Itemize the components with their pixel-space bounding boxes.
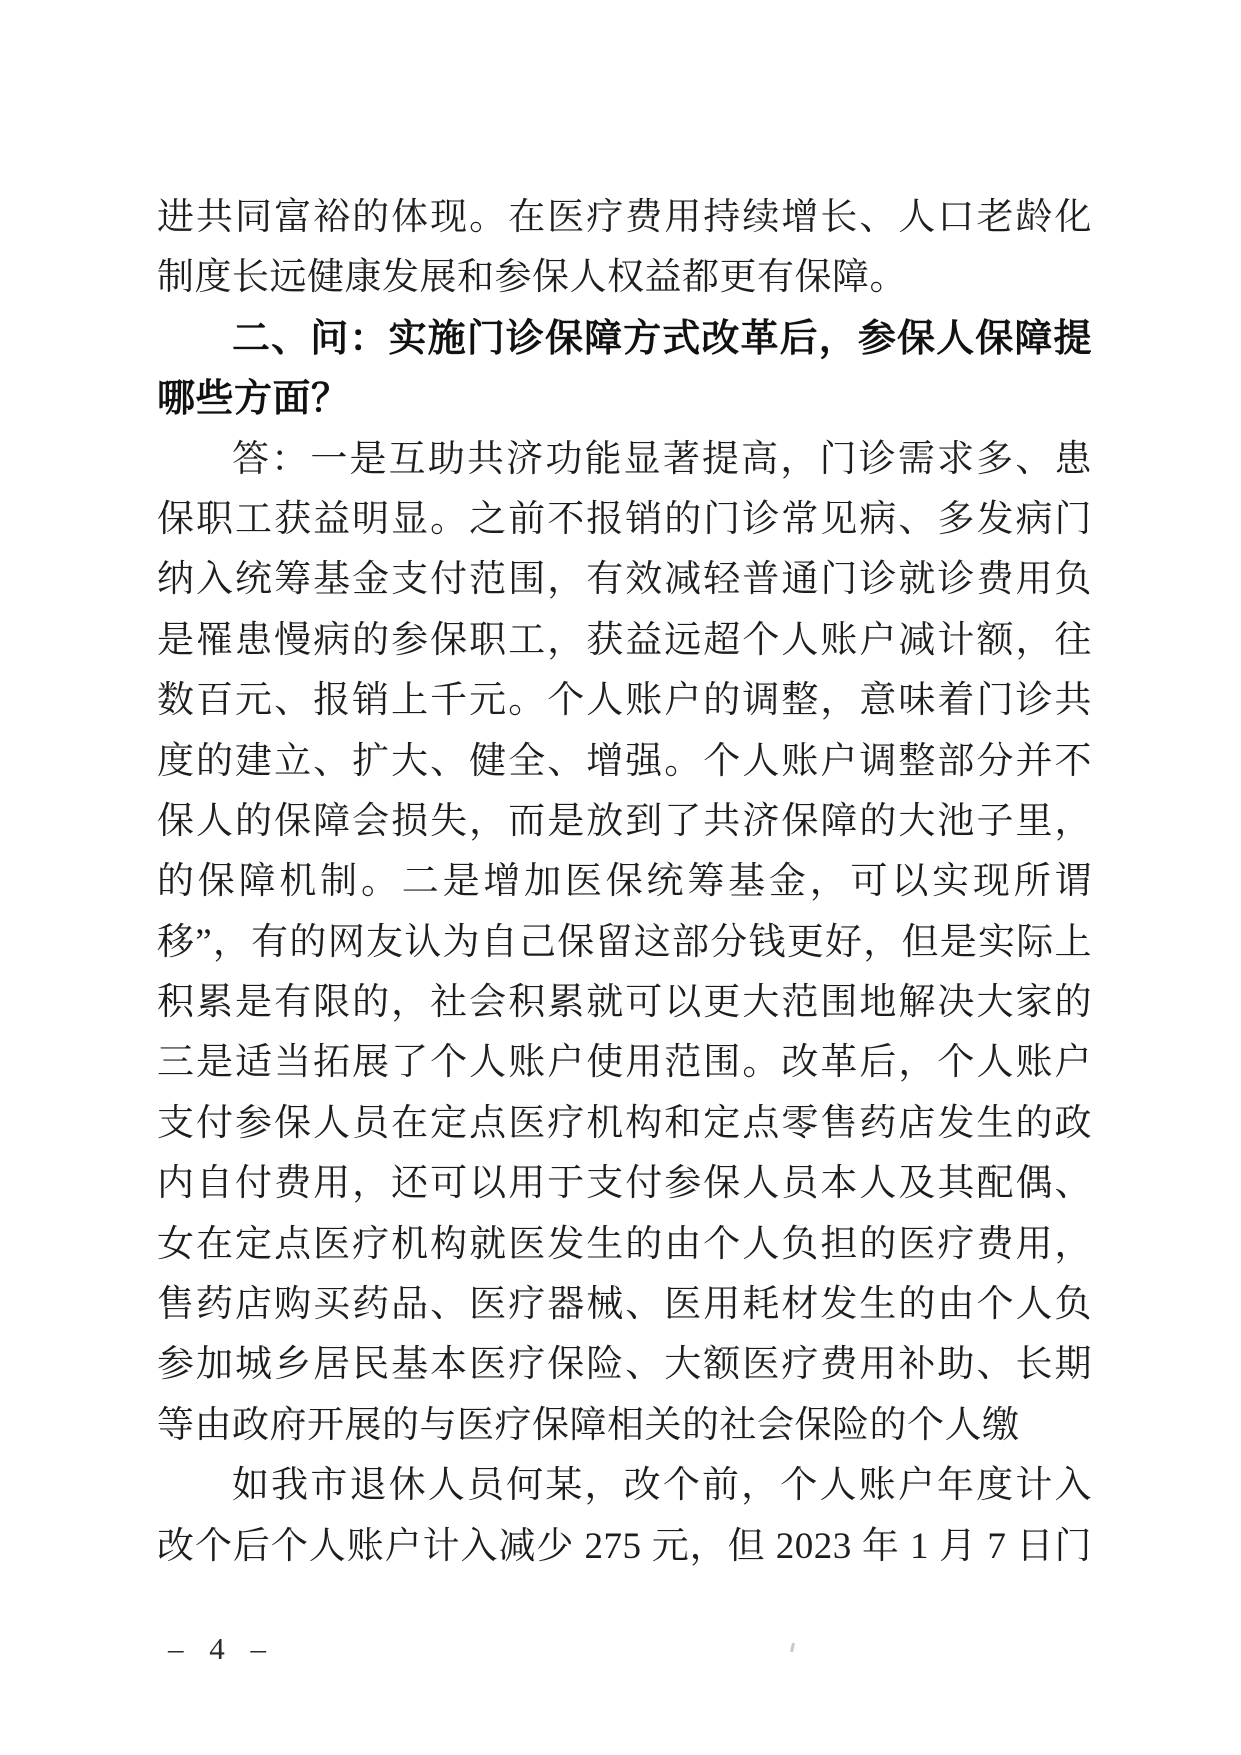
text-line-2: 制度长远健康发展和参保人权益都更有保障。 — [157, 248, 1092, 308]
text-line-7: 纳入统筹基金支付范围，有效减轻普通门诊就诊费用负担。特别 — [157, 550, 1092, 610]
page-number: – 4 – — [168, 1631, 275, 1667]
text-line-5: 答：一是互助共济功能显著提高，门诊需求多、患病多的参 — [157, 430, 1092, 490]
text-line-15: 三是适当拓展了个人账户使用范围。改革后，个人账户除了用于 — [157, 1033, 1092, 1093]
text-line-13: 移”，有的网友认为自己保留这部分钱更好，但是实际上靠个人 — [157, 913, 1092, 973]
text-line-12: 的保障机制。二是增加医保统筹基金，可以实现所谓的“代际转 — [157, 852, 1092, 912]
scan-speck-artifact — [790, 1643, 795, 1652]
document-page: 进共同富裕的体现。在医疗费用持续增长、人口老龄化的趋势下，制度长远健康发展和参保… — [0, 0, 1241, 1755]
text-line-8: 是罹患慢病的参保职工，获益远超个人账户减计额，往往是减计 — [157, 611, 1092, 671]
text-line-14: 积累是有限的，社会积累就可以更大范围地解决大家的治疗需求。 — [157, 973, 1092, 1033]
text-line-20: 参加城乡居民基本医疗保险、大额医疗费用补助、长期护理保险 — [157, 1335, 1092, 1395]
text-line-3: 二、问：实施门诊保障方式改革后，参保人保障提升体现在 — [157, 309, 1092, 369]
text-line-16: 支付参保人员在定点医疗机构和定点零售药店发生的政策范围 — [157, 1094, 1092, 1154]
body-text-block: 进共同富裕的体现。在医疗费用持续增长、人口老龄化的趋势下，制度长远健康发展和参保… — [157, 188, 1092, 1577]
text-line-1: 进共同富裕的体现。在医疗费用持续增长、人口老龄化的趋势下， — [157, 188, 1092, 248]
text-line-4: 哪些方面？ — [157, 369, 1092, 429]
text-line-9: 数百元、报销上千元。个人账户的调整，意味着门诊共济保障制 — [157, 671, 1092, 731]
text-line-21: 等由政府开展的与医疗保障相关的社会保险的个人缴费。 — [157, 1396, 1092, 1456]
text-line-6: 保职工获益明显。之前不报销的门诊常见病、多发病门诊医疗费 — [157, 490, 1092, 550]
text-line-10: 度的建立、扩大、健全、增强。个人账户调整部分并不意味着参 — [157, 732, 1092, 792]
text-line-19: 售药店购买药品、医疗器械、医用耗材发生的由个人负担的费用， — [157, 1275, 1092, 1335]
text-line-23: 改个后个人账户计入减少 275 元，但 2023 年 1 月 7 日门诊就医 — [157, 1517, 1092, 1577]
text-line-11: 保人的保障会损失，而是放到了共济保障的大池子里，形成了新 — [157, 792, 1092, 852]
text-line-17: 内自付费用，还可以用于支付参保人员本人及其配偶、父母、子 — [157, 1154, 1092, 1214]
text-line-18: 女在定点医疗机构就医发生的由个人负担的医疗费用，在定点零 — [157, 1215, 1092, 1275]
text-line-22: 如我市退休人员何某，改个前，个人账户年度计入 1109 元， — [157, 1456, 1092, 1516]
